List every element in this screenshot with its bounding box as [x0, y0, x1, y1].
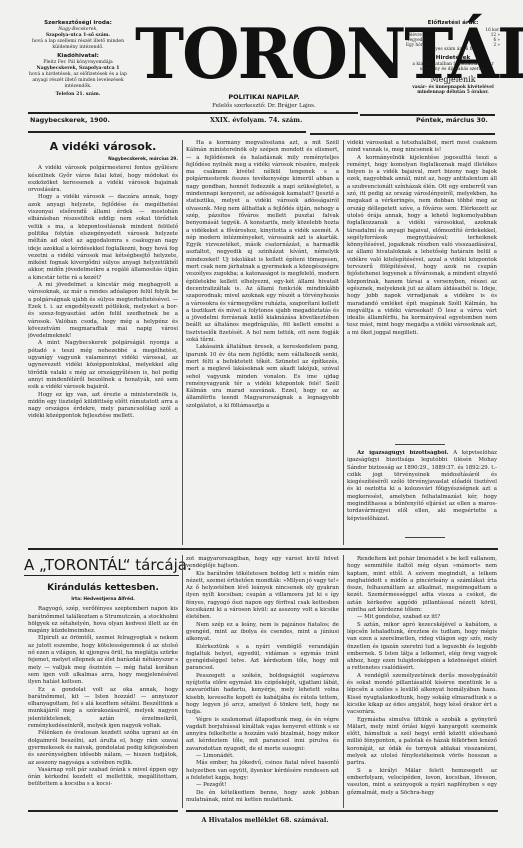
bottom-rule — [186, 810, 498, 812]
feuilleton-headline: Kirándulás kettesben. — [28, 582, 178, 594]
paragraph: Kis barátnőm tökéletesen boldog lett s m… — [186, 571, 339, 622]
lead-article-column-1: A vidéki városok. Nagybecskerek, március… — [28, 140, 178, 545]
paragraph: — Mit gondolsz, szabad ez itt? — [347, 614, 497, 621]
feuilleton-rule — [28, 548, 498, 550]
feuilleton-author: Irta: Hedvestjerna Alfréd. — [28, 596, 178, 603]
paragraph: Hogy a vidéki városok — daczára annak, h… — [28, 194, 178, 282]
paragraph: Hogy ez így van, azt érezte a ministerel… — [28, 392, 178, 421]
single-copy-price: — Egyes szám ára 6 fill. — — [402, 47, 504, 53]
dateline-rule — [310, 133, 495, 135]
editorial-office-note: hová a lap szellemi részét illető minden… — [28, 39, 128, 51]
masthead-right-info: Előfizetési árak: Egész évre16 kor. Félé… — [402, 20, 504, 96]
appears-heading: Megjelenik — [402, 75, 504, 85]
column-divider — [182, 140, 183, 545]
masthead-left-info: Szerkesztőségi iroda: Nagy-Becskerek, Sz… — [28, 20, 128, 98]
lead-article-dateline: Nagybecskerek, március 29. — [28, 156, 178, 163]
ads-text: a kiadóhivatalban fogadtatnak el. Ár sza… — [402, 62, 504, 73]
paragraph: vidéki városokat a tetszhalálból, mert m… — [347, 140, 497, 155]
newspaper-page: Szerkesztőségi iroda: Nagy-Becskerek, Sz… — [0, 0, 523, 848]
paragraph: S aztán, mikor apró kezecskéjével a kabá… — [347, 622, 497, 673]
paragraph: Ez a gondolat volt az oka annak, hogy ba… — [28, 687, 178, 731]
subscription-prices-heading: Előfizetési árak: — [402, 20, 504, 27]
masthead-rule — [28, 112, 358, 114]
paragraph: A mint Nagybecskerek polgárságát nyomja … — [28, 340, 178, 391]
paragraph: Ha a kormány megvalósítaná azt, a mit Sz… — [186, 140, 339, 344]
paragraph: Rendeltem két pohár limonádét s be kell … — [347, 556, 497, 614]
feuilleton-title-rule — [24, 575, 179, 576]
newspaper-subtitle: POLITIKAI NAPILAP. — [135, 93, 393, 101]
price-value: 2 » — [493, 42, 500, 47]
lead-article-column-3: vidéki városokat a tetszhalálból, mert m… — [347, 140, 497, 440]
publisher-text-3: hová a hirdetések, az előfizetések és a … — [28, 72, 128, 90]
paragraph: Vasárnap volt pár szabad óránk s mivel é… — [28, 767, 178, 789]
feuilleton-section-title: A „TORONTÁL“ tárcája. — [24, 556, 194, 574]
paragraph: A vidéki városok polgármesterei fontos g… — [28, 165, 178, 194]
paragraph: Kiérkeztünk s a nyári vendéglő verandájá… — [186, 644, 339, 673]
paragraph: Félénken és óvatosan kezdett szóba ugran… — [28, 730, 178, 766]
feuilleton-column-3: Rendeltem két pohár limonádét s be kell … — [347, 556, 497, 806]
paragraph: Nem szép ez a leány, nem is pajzános fia… — [186, 622, 339, 644]
feuilleton-column-1: Kirándulás kettesben. Irta: Hedvestjerna… — [28, 578, 178, 808]
paragraph: A vendéglő személyzetének derűs mosolygá… — [347, 673, 497, 717]
notice-title: Az igazságügyi bizottságból. — [357, 450, 449, 456]
paragraph: De én kételkedtem benne, hogy azok jobba… — [186, 790, 339, 805]
ads-heading: Hirdetések — [402, 55, 504, 62]
paragraph: S a királyi Mälar felett hemzsegett az e… — [347, 768, 497, 797]
paragraph: Pesszegett a székén, boldogságtól sugáro… — [186, 673, 339, 717]
column-divider — [343, 140, 344, 545]
appears-text: vasár- és ünnepnapok kivételével mindenn… — [402, 85, 504, 96]
dateline-volume: XXIX. évfolyam. 74. szám. — [210, 116, 302, 124]
paragraph: Ragyogó, szép, verőfényes szeptemberi na… — [28, 606, 178, 635]
dateline-rule — [28, 131, 306, 133]
short-divider — [395, 444, 445, 445]
notice-text: A képviselőház igazságügyi bizottsága le… — [347, 450, 497, 522]
phone-number: Telefon 21. szám. — [28, 92, 128, 98]
judiciary-committee-notice: Az igazságügyi bizottságból. A képviselő… — [347, 450, 497, 532]
newspaper-title: TORONTÁL — [135, 14, 393, 94]
paragraph: — Pezsgőt! — [186, 782, 339, 789]
responsible-editor: Felelős szerkesztő: Dr. Brájjer Lajos. — [135, 103, 393, 109]
publisher-heading: Kiadóhivatal: — [28, 53, 128, 60]
paragraph: A mi jövedelmet a kincstár még meghagyot… — [28, 282, 178, 340]
paragraph: Elpirult az örömtől, szemei felragyogtak… — [28, 635, 178, 686]
bottom-rule — [28, 810, 178, 812]
paragraph: Más ember, ha jókedvű, csinos fiatal nőv… — [186, 760, 339, 782]
lead-article-column-2: Ha a kormány megvalósítaná azt, a mit Sz… — [186, 140, 339, 545]
paragraph: Lakásaink általában üresek, a kereskedel… — [186, 344, 339, 410]
feuilleton-column-2: zot magyarországiban, hogy egy várost kí… — [186, 556, 339, 806]
paragraph: Egymásba simulva ültünk a szobák a gyöny… — [347, 717, 497, 768]
paragraph: zot magyarországiban, hogy egy várost kí… — [186, 556, 339, 571]
dateline-date: Péntek, március 30. — [416, 116, 488, 124]
editorial-office-heading: Szerkesztőségi iroda: — [28, 20, 128, 27]
lead-article-headline: A vidéki városok. — [28, 140, 178, 154]
paragraph: A kormányelnök kijelentése jogosulttá te… — [347, 155, 497, 337]
dateline-place-year: Nagybecskerek, 1900. — [30, 116, 110, 124]
price-label: Egy hóra — [406, 42, 425, 47]
paragraph: Végre is szalonomat állapodtunk meg, és … — [186, 717, 339, 753]
official-supplement-note: A Hivatalos melléklet 68. számával. — [185, 816, 345, 824]
column-divider — [182, 555, 183, 808]
short-divider — [405, 537, 445, 538]
column-divider — [343, 555, 344, 808]
